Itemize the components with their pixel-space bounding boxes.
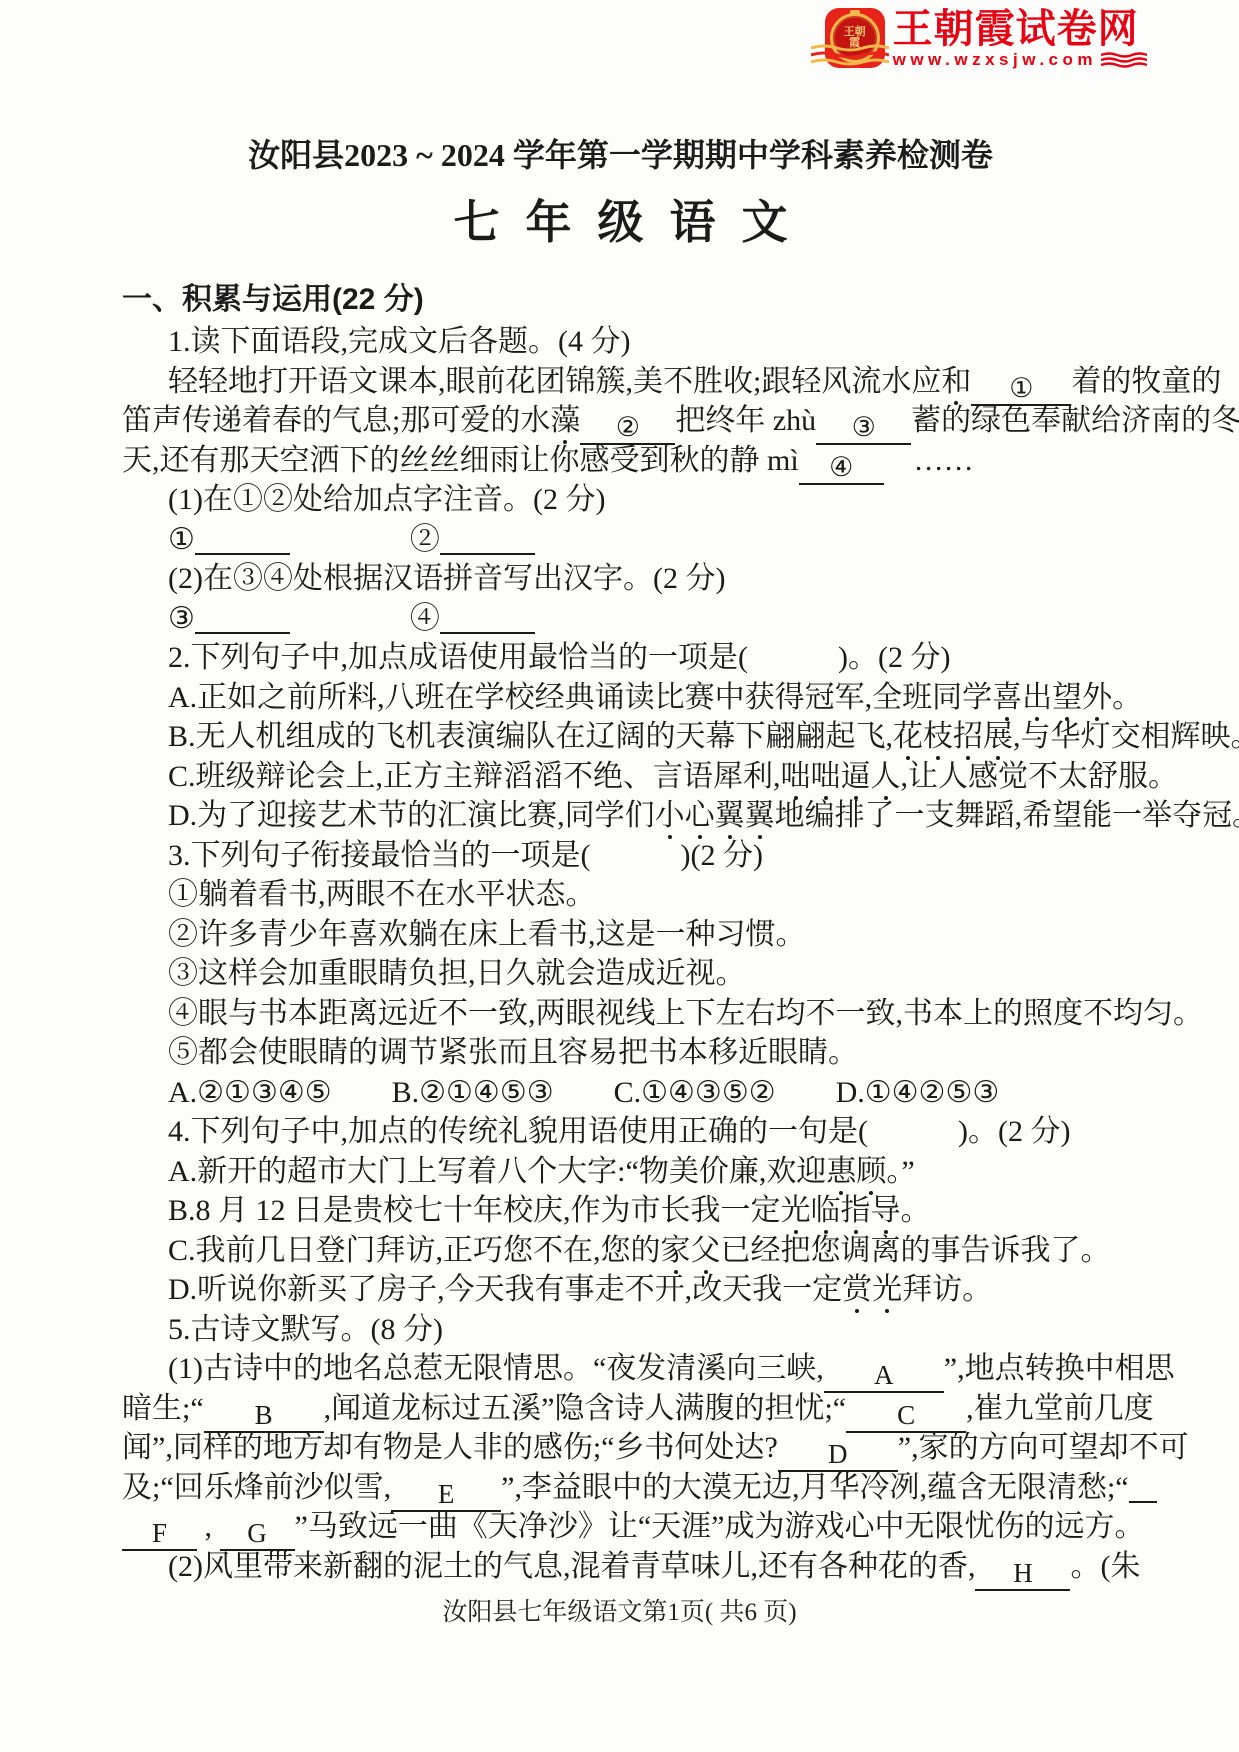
emphasized-char: 临 xyxy=(811,1194,841,1227)
answer-blank: F xyxy=(122,1517,197,1551)
emphasized-char: 翼 xyxy=(715,799,745,832)
emphasized-char: 光 xyxy=(781,1194,811,1227)
text-line: ⑤都会使眼睛的调节紧张而且容易把书本移近眼睛。 xyxy=(122,1033,1119,1073)
page-footer: 汝阳县七年级语文第1页( 共6 页) xyxy=(0,1592,1239,1628)
text-line: ②许多青少年喜欢躺在床上看书,这是一种习惯。 xyxy=(122,915,1119,955)
answer-blank: ② xyxy=(580,411,675,445)
emphasized-char: 心 xyxy=(685,799,715,832)
exam-paper-page: 王朝霞 王朝霞试卷网 www.wzxsjw.com 汝阳县2023 ~ 2024… xyxy=(0,0,1239,1752)
brand-name: 王朝霞试卷网 xyxy=(893,8,1147,50)
text-line: F , G”马致远一曲《天净沙》让“天涯”成为游戏心中无限忧伤的远方。 xyxy=(122,1507,1119,1547)
emphasized-char: 招 xyxy=(953,720,983,753)
emphasized-char: 人 xyxy=(871,760,901,793)
answer-blank: D xyxy=(778,1438,898,1472)
answer-blank: ④ xyxy=(799,451,884,485)
text-line: A.正如之前所料,八班在学校经典诵读比赛中获得冠军,全班同学喜出望外。 xyxy=(122,678,1119,718)
text-line: (1)古诗中的地名总惹无限情思。“夜发清溪向三峡,A”,地点转换中相思 xyxy=(122,1349,1119,1389)
text-line: C.班级辩论会上,正方主辩滔滔不绝、言语犀利,咄咄逼人,让人感觉不太舒服。 xyxy=(122,757,1119,797)
emphasized-char: 光 xyxy=(872,1273,902,1306)
answer-blank: G xyxy=(220,1517,295,1551)
text-line: D.为了迎接艺术节的汇演比赛,同学们小心翼翼地编排了一支舞蹈,希望能一举夺冠。 xyxy=(122,796,1119,836)
exam-subject-title: 七年级语文 xyxy=(122,186,1119,252)
text-line: (1)在①②处给加点字注音。(2 分) xyxy=(122,480,1119,520)
emphasized-char: 导 xyxy=(871,1194,901,1227)
text-line: ①躺着看书,两眼不在水平状态。 xyxy=(122,875,1119,915)
text-line: B.8 月 12 日是贵校七十年校庆,作为市长我一定光临指导。 xyxy=(122,1191,1119,1231)
text-line: ④眼与书本距离远近不一致,两眼视线上下左右均不一致,书本上的照度不均匀。 xyxy=(122,994,1119,1034)
text-line: 闻”,同样的地方却有物是人非的感伤;“乡书何处达?D”,家的方向可望却不可 xyxy=(122,1428,1119,1468)
text-line: ③ ④ xyxy=(122,599,1119,639)
answer-blank xyxy=(440,600,535,634)
exam-title: 汝阳县2023 ~ 2024 学年第一学期期中学科素养检测卷 xyxy=(122,130,1119,176)
answer-blank xyxy=(195,600,290,634)
answer-blank: H xyxy=(975,1557,1070,1591)
crown-icon xyxy=(850,10,860,16)
text-line: 及;“回乐烽前沙似雪,E”,李益眼中的大漠无边,月华冷冽,蕴含无限清愁;“ xyxy=(122,1468,1119,1508)
red-waves-icon xyxy=(1101,52,1147,68)
answer-blank: ③ xyxy=(816,411,911,445)
emphasized-char: 翼 xyxy=(745,799,775,832)
emphasized-char: 望 xyxy=(1052,681,1082,714)
emphasized-char: 小 xyxy=(655,799,685,832)
brand-url: www.wzxsjw.com xyxy=(893,50,1097,70)
text-line: 2.下列句子中,加点成语使用最恰当的一项是( )。(2 分) xyxy=(122,638,1119,678)
text-line: 天,还有那天空洒下的丝丝细雨让你感受到秋的静 mì④ …… xyxy=(122,441,1119,481)
text-line: D.听说你新买了房子,今天我有事走不开,改天我一定赏光拜访。 xyxy=(122,1270,1119,1310)
text-line: 笛声传递着春的气息;那可爱的水藻②把终年 zhù③蓄的绿色奉献给济南的冬 xyxy=(122,401,1119,441)
emphasized-char: 枝 xyxy=(923,720,953,753)
gold-waves-icon xyxy=(811,44,889,66)
emphasized-char: 指 xyxy=(841,1194,871,1227)
text-line: 3.下列句子衔接最恰当的一项是( )(2 分) xyxy=(122,836,1119,876)
emphasized-char: 惠 xyxy=(826,1155,856,1188)
emphasized-char: 父 xyxy=(691,1234,721,1267)
emphasized-char: 展 xyxy=(983,720,1013,753)
document-body: 1.读下面语段,完成文后各题。(4 分)轻轻地打开语文课本,眼前花团锦簇,美不胜… xyxy=(122,322,1119,1586)
page-content: 汝阳县2023 ~ 2024 学年第一学期期中学科素养检测卷 七年级语文 一、积… xyxy=(122,130,1119,1586)
emphasized-char: 藻 xyxy=(550,404,580,437)
answer-blank xyxy=(1129,1469,1157,1503)
text-line: 5.古诗文默写。(8 分) xyxy=(122,1310,1119,1350)
emphasized-char: 咄 xyxy=(781,760,811,793)
text-line: (2)在③④处根据汉语拼音写出汉字。(2 分) xyxy=(122,559,1119,599)
text-line: 轻轻地打开语文课本,眼前花团锦簇,美不胜收;跟轻风流水应和①着的牧童的 xyxy=(122,362,1119,402)
logo-text-block: 王朝霞试卷网 www.wzxsjw.com xyxy=(893,8,1147,70)
emphasized-char: 咄 xyxy=(811,760,841,793)
text-line: 1.读下面语段,完成文后各题。(4 分) xyxy=(122,322,1119,362)
text-line: 暗生;“B,闻道龙标过五溪”隐含诗人满腹的担忧;“C,崔九堂前几度 xyxy=(122,1389,1119,1429)
text-line: A.新开的超市大门上写着八个大字:“物美价廉,欢迎惠顾。” xyxy=(122,1152,1119,1192)
answer-blank: A xyxy=(824,1359,944,1393)
answer-blank xyxy=(440,521,535,555)
emphasized-char: 喜 xyxy=(992,681,1022,714)
emphasized-char: 赏 xyxy=(842,1273,872,1306)
section-heading: 一、积累与运用(22 分) xyxy=(122,274,1119,318)
emphasized-char: 花 xyxy=(893,720,923,753)
text-line: (2)风里带来新翻的泥土的气息,混着青草味儿,还有各种花的香,H。(朱 xyxy=(122,1547,1119,1587)
emphasized-char: 出 xyxy=(1022,681,1052,714)
emphasized-char: 顾 xyxy=(856,1155,886,1188)
text-line: A.②①③④⑤ B.②①④⑤③ C.①④③⑤② D.①④②⑤③ xyxy=(122,1073,1119,1113)
answer-blank xyxy=(195,521,290,555)
site-logo: 王朝霞 王朝霞试卷网 www.wzxsjw.com xyxy=(825,8,1147,70)
logo-app-icon: 王朝霞 xyxy=(825,8,885,68)
emphasized-char: 逼 xyxy=(841,760,871,793)
emphasized-char: 外 xyxy=(1082,681,1112,714)
text-line: ③这样会加重眼睛负担,日久就会造成近视。 xyxy=(122,954,1119,994)
text-line: B.无人机组成的飞机表演编队在辽阔的天幕下翩翩起飞,花枝招展,与华灯交相辉映。 xyxy=(122,717,1119,757)
emphasized-char: 和 xyxy=(941,365,971,398)
text-line: ① ② xyxy=(122,520,1119,560)
text-line: 4.下列句子中,加点的传统礼貌用语使用正确的一句是( )。(2 分) xyxy=(122,1112,1119,1152)
emphasized-char: 家 xyxy=(661,1234,691,1267)
text-line: C.我前几日登门拜访,正巧您不在,您的家父已经把您调离的事告诉我了。 xyxy=(122,1231,1119,1271)
